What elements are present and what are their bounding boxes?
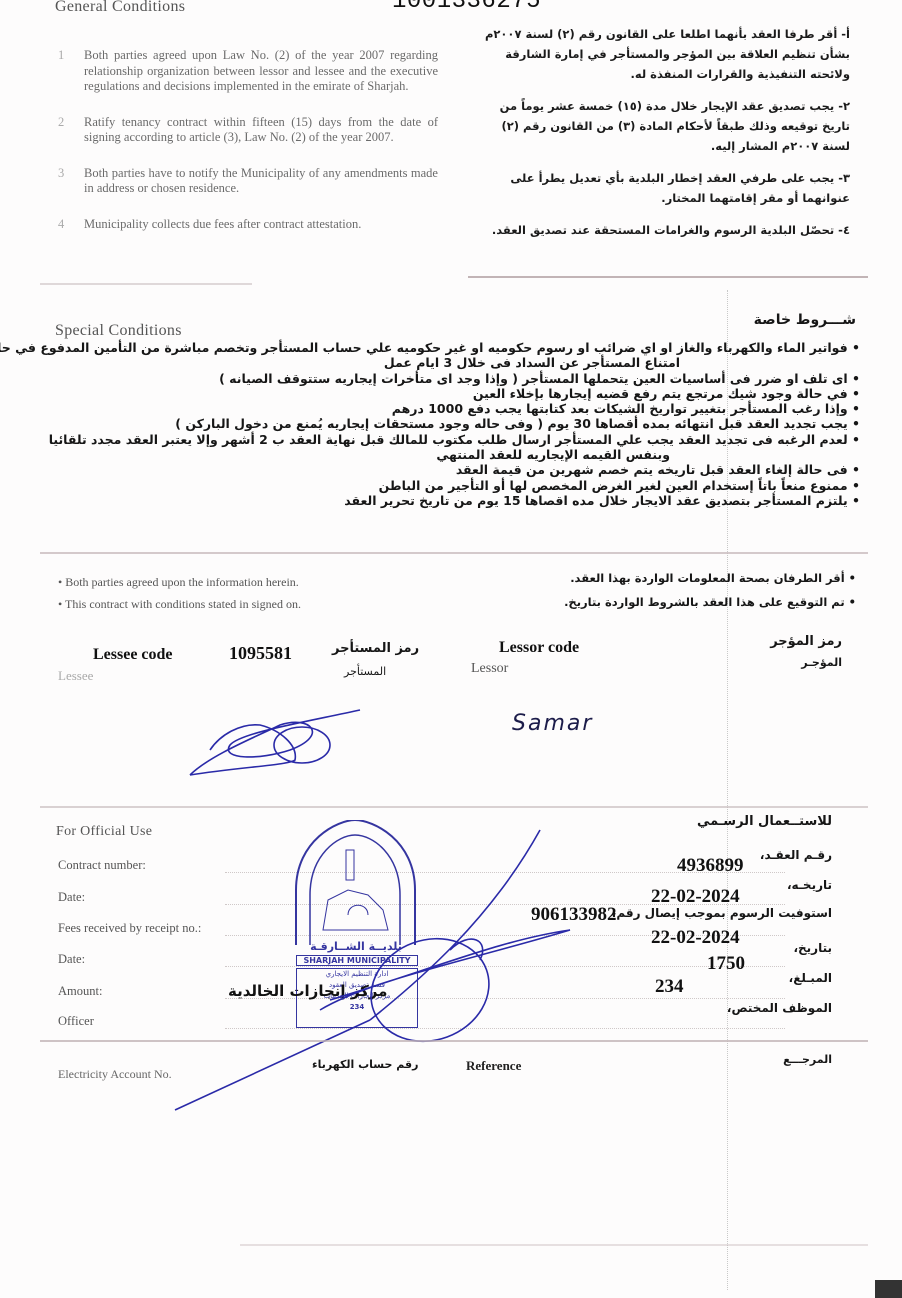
special-conditions-title-ar: شـــروط خاصة (754, 312, 856, 328)
reference-label: Reference (466, 1058, 521, 1074)
special-condition-line: يلتزم المستأجر بتصديق عقد الايجار خلال م… (10, 493, 860, 508)
lessor-signature: Samar (512, 711, 593, 736)
gc-en-item: 3 Both parties have to notify the Munici… (58, 166, 438, 197)
special-conditions-list: فواتير الماء والكهرباء والغاز او اي ضرائ… (10, 340, 860, 508)
divider (468, 276, 868, 278)
gc-ar-item: ٢- يجب تصديق عقد الإيجار خلال مدة (١٥) خ… (478, 96, 850, 156)
special-condition-line: وإذا رغب المستأجر بتغيير تواريخ الشيكات … (10, 401, 860, 416)
electricity-account-label: Electricity Account No. (58, 1067, 172, 1082)
date-label: Date: (58, 890, 85, 905)
special-conditions-title: Special Conditions (55, 322, 182, 340)
lessor-label: Lessor (471, 661, 508, 677)
special-condition-line: في حالة وجود شيك مرتجع يتم رفع قضيه إيجا… (10, 386, 860, 401)
lessee-code-label: Lessee code (93, 646, 173, 664)
agreement-ar: • أقر الطرفان بصحة المعلومات الواردة بهذ… (564, 566, 856, 614)
divider (40, 552, 868, 554)
receipt-label-ar: استوفيت الرسوم بموجب إيصال رقم، (612, 906, 832, 920)
divider (40, 1040, 868, 1042)
special-condition-line: لعدم الرغبه فى تجديد العقد يجب علي المست… (10, 432, 860, 447)
general-conditions-title: General Conditions (55, 0, 185, 16)
divider (40, 283, 252, 285)
officer-value: 234 (655, 976, 684, 998)
officer-label-ar: الموظف المختص، (727, 1001, 832, 1015)
lessee-code-value: 1095581 (229, 643, 292, 664)
gc-en-item: 4 Municipality collects due fees after c… (58, 217, 438, 233)
special-condition-line: امتناع المستأجر عن السداد فى خلال 3 ايام… (10, 355, 860, 370)
special-condition-line: وبنفس القيمه الإيجاريه للعقد المنتهي (10, 447, 860, 462)
divider (240, 1244, 868, 1246)
receipt-date-label: Date: (58, 952, 85, 967)
amount-label: Amount: (58, 984, 102, 999)
special-condition-line: اى تلف او ضرر فى أساسيات العين يتحملها ا… (10, 371, 860, 386)
gc-ar-item: ٤- تحصّل البلدية الرسوم والغرامات المستح… (478, 220, 850, 240)
lessee-signature-icon (180, 705, 380, 785)
contract-date-value: 22-02-2024 (651, 886, 740, 908)
reference-label-ar: المرجـــع (783, 1053, 832, 1066)
contract-number-label-ar: رقـم العقـد، (760, 848, 832, 862)
lessee-label-ar: المستأجر (344, 665, 386, 678)
special-condition-line: فواتير الماء والكهرباء والغاز او اي ضرائ… (10, 340, 860, 355)
official-use-title-ar: للاستــعمال الرسـمي (697, 814, 832, 829)
officer-signature-icon (170, 820, 590, 1120)
amount-label-ar: المبـلغ، (789, 971, 832, 985)
gc-en-item: 2 Ratify tenancy contract within fifteen… (58, 115, 438, 146)
contract-number-value: 4936899 (677, 855, 744, 877)
official-use-title: For Official Use (56, 824, 152, 840)
gc-ar-item: أ- أقر طرفا العقد بأنهما اطلعا على القان… (478, 24, 850, 84)
document-number: 1001336275 (392, 0, 541, 15)
special-condition-line: ممنوع منعاً باتاً إستخدام العين لغير الغ… (10, 478, 860, 493)
date-label-ar: تاريخـه، (787, 878, 832, 892)
gc-ar-item: ٣- يجب على طرفي العقد إخطار البلدية بأي … (478, 168, 850, 208)
general-conditions-ar: أ- أقر طرفا العقد بأنهما اطلعا على القان… (478, 24, 850, 240)
receipt-date-label-ar: بتاريخ، (793, 941, 832, 955)
lessor-code-label: Lessor code (499, 639, 579, 657)
lessee-label: Lessee (58, 668, 93, 684)
page-edge (875, 1280, 902, 1298)
gc-en-item: 1 Both parties agreed upon Law No. (2) o… (58, 48, 438, 95)
officer-label: Officer (58, 1014, 94, 1029)
amount-value: 1750 (707, 953, 745, 975)
electricity-account-label-ar: رقم حساب الكهرباء (312, 1058, 418, 1071)
receipt-date-value: 22-02-2024 (651, 927, 740, 949)
divider (40, 806, 868, 808)
general-conditions-en: 1 Both parties agreed upon Law No. (2) o… (58, 48, 438, 232)
lessor-label-ar: المؤجـر (801, 656, 842, 669)
special-condition-line: فى حالة إلغاء العقد قبل تاريخه يتم خصم ش… (10, 462, 860, 477)
lessor-code-label-ar: رمز المؤجر (770, 634, 842, 649)
contract-number-label: Contract number: (58, 858, 146, 873)
special-condition-line: يجب تجديد العقد قبل انتهائه بمده أقصاها … (10, 416, 860, 431)
agreement-en: • Both parties agreed upon the informati… (58, 571, 301, 615)
lessee-code-label-ar: رمز المستأجر (332, 641, 419, 656)
